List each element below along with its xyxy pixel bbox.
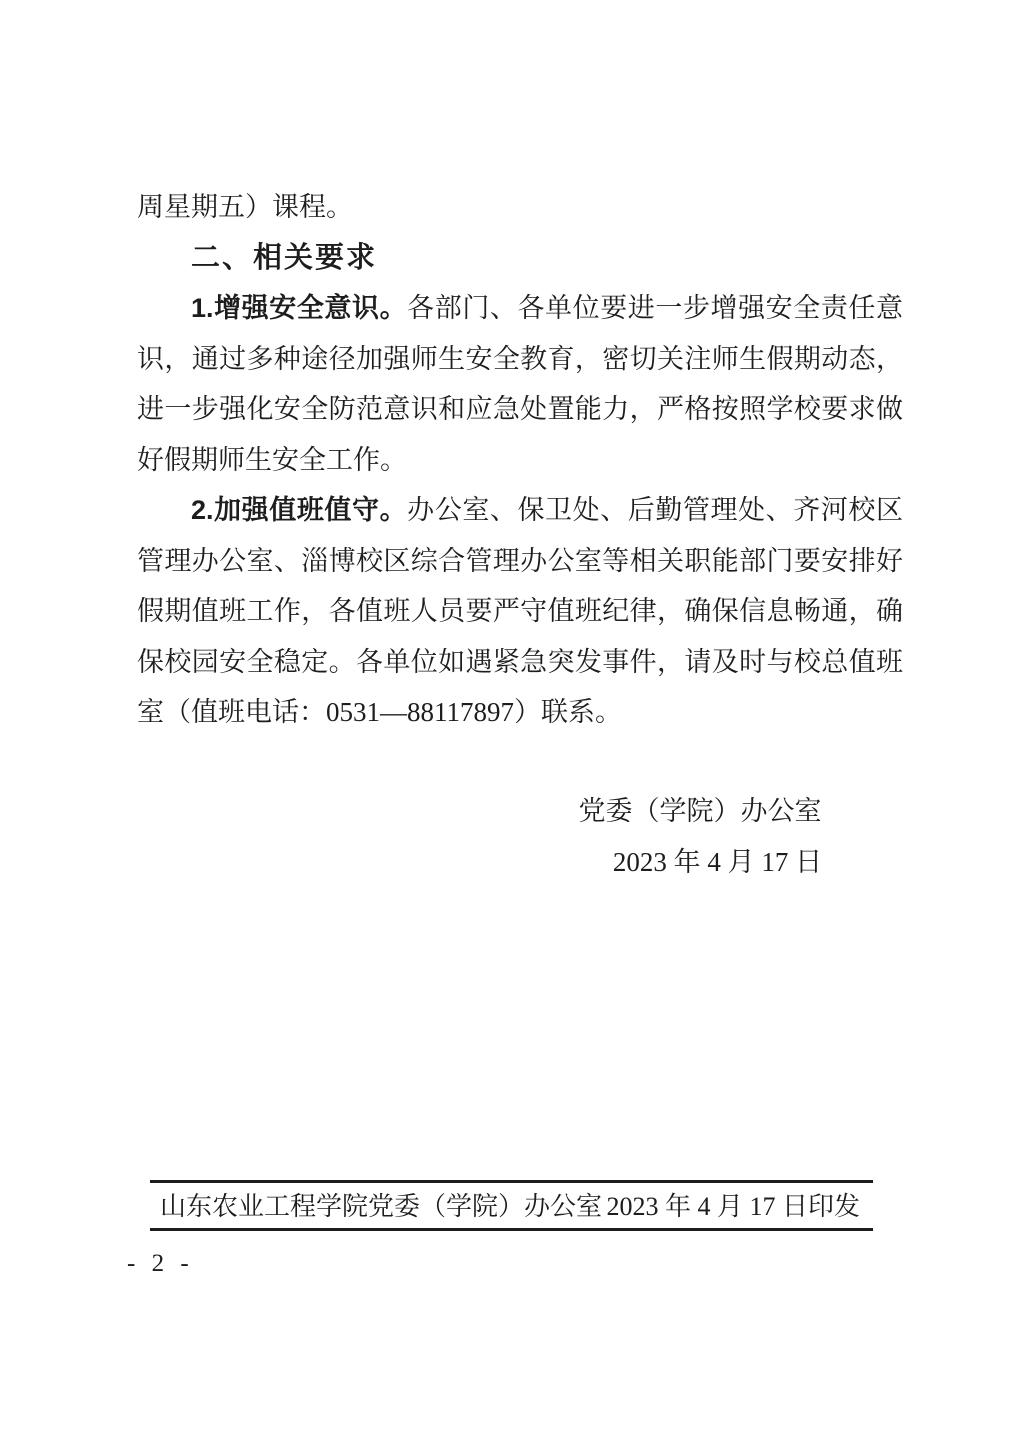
document-page: 周星期五）课程。 二、相关要求 1.增强安全意识。各部门、各单位要进一步增强安全… — [0, 0, 1024, 1448]
body-line-continuation: 周星期五）课程。 — [137, 182, 903, 233]
section-heading: 二、相关要求 — [137, 233, 903, 284]
item-1-line-2: 识，通过多种途径加强师生安全教育，密切关注师生假期动态， — [137, 334, 903, 385]
item-2-line-4: 保校园安全稳定。各单位如遇紧急突发事件，请及时与校总值班 — [137, 637, 903, 688]
footer-issuer: 山东农业工程学院党委（学院）办公室 — [160, 1189, 602, 1225]
document-body: 周星期五）课程。 二、相关要求 1.增强安全意识。各部门、各单位要进一步增强安全… — [137, 182, 903, 738]
footer-print-date: 2023 年 4 月 17 日印发 — [606, 1189, 860, 1225]
footer-rule-top — [150, 1180, 873, 1183]
footer: 山东农业工程学院党委（学院）办公室 2023 年 4 月 17 日印发 — [160, 1189, 860, 1225]
item-1-line-3: 进一步强化安全防范意识和应急处置能力，严格按照学校要求做 — [137, 384, 903, 435]
item-2-line-1: 2.加强值班值守。办公室、保卫处、后勤管理处、齐河校区 — [137, 485, 903, 536]
signature-date: 2023 年 4 月 17 日 — [545, 839, 890, 885]
signature-org: 党委（学院）办公室 — [545, 788, 855, 834]
item-2-lead: 2.加强值班值守。 — [191, 495, 407, 525]
item-2-line-1-rest: 办公室、保卫处、后勤管理处、齐河校区 — [407, 495, 903, 525]
item-2-line-2: 管理办公室、淄博校区综合管理办公室等相关职能部门要安排好 — [137, 536, 903, 587]
item-1-line-4: 好假期师生安全工作。 — [137, 435, 903, 486]
item-1-line-1: 1.增强安全意识。各部门、各单位要进一步增强安全责任意 — [137, 283, 903, 334]
item-2-line-5: 室（值班电话：0531—88117897）联系。 — [137, 687, 903, 738]
item-1-lead: 1.增强安全意识。 — [191, 293, 407, 323]
item-2-line-3: 假期值班工作，各值班人员要严守值班纪律，确保信息畅通，确 — [137, 586, 903, 637]
footer-rule-bottom — [150, 1228, 873, 1231]
item-1-line-1-rest: 各部门、各单位要进一步增强安全责任意 — [407, 293, 903, 323]
page-number: - 2 - — [127, 1247, 194, 1281]
